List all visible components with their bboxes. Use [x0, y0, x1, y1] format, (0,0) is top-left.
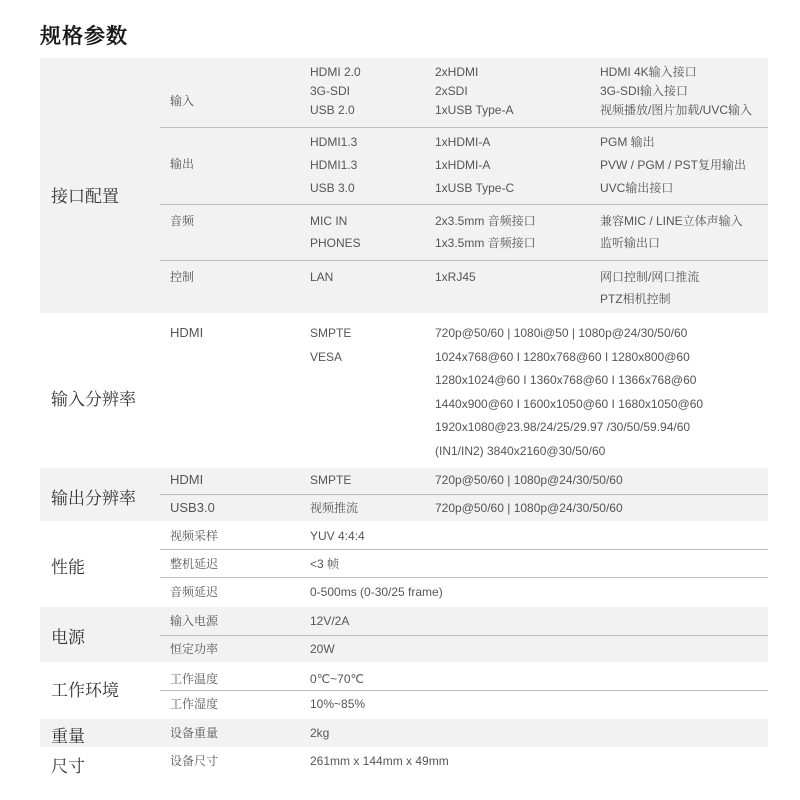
row-label: 输出: [170, 153, 194, 175]
table-row: HDMI SMPTE VESA 720p@50/60 | 1080i@50 | …: [160, 313, 768, 468]
category-label: 接口配置: [51, 182, 119, 207]
page-title: 规格参数: [40, 20, 128, 50]
section-size: 尺寸 设备尺寸 261mm x 144mm x 49mm: [40, 747, 768, 777]
resolution: 720p@50/60 | 1080p@24/30/50/60: [435, 469, 623, 491]
table-row-audio: 音频 MIC IN PHONES 2x3.5mm 音频接口 1x3.5mm 音频…: [160, 205, 768, 261]
standard: SMPTE: [310, 469, 351, 491]
resolution: 1440x900@60 I 1600x1050@60 I 1680x1050@6…: [435, 393, 703, 417]
category-label: 输出分辨率: [51, 484, 136, 509]
resolution: (IN1/IN2) 3840x2160@30/50/60: [435, 440, 703, 464]
port: USB3.0: [170, 497, 215, 519]
row-label: 输入: [170, 90, 194, 112]
resolution: 1280x1024@60 I 1360x768@60 I 1366x768@60: [435, 369, 703, 393]
category-label: 输入分辨率: [51, 385, 136, 410]
port: 1xUSB Type-A: [435, 101, 513, 120]
section-environment: 工作环境 工作温度 0℃~70℃ 工作湿度 10%~85%: [40, 662, 768, 719]
row-label: 工作湿度: [170, 693, 218, 715]
port: 1x3.5mm 音频接口: [435, 232, 536, 254]
resolution: 1024x768@60 I 1280x768@60 I 1280x800@60: [435, 346, 703, 370]
section-weight: 重量 设备重量 2kg: [40, 719, 768, 747]
desc: PVW / PGM / PST复用输出: [600, 154, 746, 177]
resolution: 720p@50/60 | 1080p@24/30/50/60: [435, 497, 623, 519]
type: HDMI1.3: [310, 154, 357, 177]
port: 1xUSB Type-C: [435, 177, 514, 200]
desc: 网口控制/网口推流: [600, 266, 699, 288]
table-row: 视频采样 YUV 4:4:4: [160, 521, 768, 550]
row-value: 20W: [310, 638, 335, 660]
row-value: 12V/2A: [310, 610, 349, 632]
table-row: 设备重量 2kg: [160, 719, 768, 747]
type: USB 2.0: [310, 101, 361, 120]
port: HDMI: [170, 469, 203, 491]
type: MIC IN: [310, 210, 361, 232]
row-label: 输入电源: [170, 610, 218, 632]
desc: 兼容MIC / LINE立体声输入: [600, 210, 743, 232]
type: HDMI1.3: [310, 131, 357, 154]
row-label: 恒定功率: [170, 638, 218, 660]
port-list: 2x3.5mm 音频接口 1x3.5mm 音频接口: [435, 210, 536, 254]
type-list: MIC IN PHONES: [310, 210, 361, 254]
table-row: 输入电源 12V/2A: [160, 607, 768, 636]
desc: 3G-SDI输入接口: [600, 82, 752, 101]
type-list: HDMI1.3 HDMI1.3 USB 3.0: [310, 131, 357, 200]
desc: PTZ相机控制: [600, 288, 699, 310]
type-list: HDMI 2.0 3G-SDI USB 2.0: [310, 63, 361, 120]
standard: 视频推流: [310, 497, 358, 519]
row-label: 整机延迟: [170, 553, 218, 575]
port: 1xHDMI-A: [435, 154, 514, 177]
row-value: 2kg: [310, 722, 329, 744]
type: LAN: [310, 266, 333, 288]
desc: 视频播放/图片加载/UVC输入: [600, 101, 752, 120]
row-value: YUV 4:4:4: [310, 525, 365, 547]
type: USB 3.0: [310, 177, 357, 200]
category-label: 性能: [51, 553, 85, 578]
table-row: 工作湿度 10%~85%: [160, 691, 768, 719]
table-row: 音频延迟 0-500ms (0-30/25 frame): [160, 578, 768, 607]
desc: UVC输出接口: [600, 177, 746, 200]
row-label: 控制: [170, 266, 194, 288]
port: 2x3.5mm 音频接口: [435, 210, 536, 232]
port: HDMI: [170, 322, 203, 344]
row-value: 0℃~70℃: [310, 668, 364, 690]
port-list: 1xHDMI-A 1xHDMI-A 1xUSB Type-C: [435, 131, 514, 200]
type: HDMI 2.0: [310, 63, 361, 82]
desc-list: 网口控制/网口推流 PTZ相机控制: [600, 266, 699, 310]
table-row-input: 输入 HDMI 2.0 3G-SDI USB 2.0 2xHDMI 2xSDI …: [160, 58, 768, 128]
category-label: 工作环境: [51, 676, 119, 701]
desc-list: 兼容MIC / LINE立体声输入 监听输出口: [600, 210, 743, 254]
table-row: 恒定功率 20W: [160, 636, 768, 662]
resolution-list: 720p@50/60 | 1080i@50 | 1080p@24/30/50/6…: [435, 322, 703, 463]
table-row: 整机延迟 <3 帧: [160, 550, 768, 578]
category-label: 尺寸: [51, 752, 85, 777]
desc: PGM 输出: [600, 131, 746, 154]
standard-list: SMPTE VESA: [310, 322, 351, 369]
table-row: HDMI SMPTE 720p@50/60 | 1080p@24/30/50/6…: [160, 468, 768, 495]
section-power: 电源 输入电源 12V/2A 恒定功率 20W: [40, 607, 768, 662]
port: 1xHDMI-A: [435, 131, 514, 154]
row-label: 音频: [170, 210, 194, 232]
type: PHONES: [310, 232, 361, 254]
row-label: 工作温度: [170, 668, 218, 690]
port: 1xRJ45: [435, 266, 476, 288]
row-value: 10%~85%: [310, 693, 365, 715]
section-performance: 性能 视频采样 YUV 4:4:4 整机延迟 <3 帧 音频延迟 0-500ms…: [40, 521, 768, 607]
row-label: 视频采样: [170, 525, 218, 547]
row-value: 0-500ms (0-30/25 frame): [310, 581, 443, 603]
desc-list: HDMI 4K输入接口 3G-SDI输入接口 视频播放/图片加载/UVC输入: [600, 63, 752, 120]
row-label: 音频延迟: [170, 581, 218, 603]
desc: 监听输出口: [600, 232, 743, 254]
standard: VESA: [310, 346, 351, 370]
section-input-resolution: 输入分辨率 HDMI SMPTE VESA 720p@50/60 | 1080i…: [40, 313, 768, 468]
port: 2xHDMI: [435, 63, 513, 82]
standard: SMPTE: [310, 322, 351, 346]
row-label: 设备尺寸: [170, 750, 218, 772]
row-value: 261mm x 144mm x 49mm: [310, 750, 449, 772]
table-row-control: 控制 LAN 1xRJ45 网口控制/网口推流 PTZ相机控制: [160, 261, 768, 313]
desc: HDMI 4K输入接口: [600, 63, 752, 82]
resolution: 720p@50/60 | 1080i@50 | 1080p@24/30/50/6…: [435, 322, 703, 346]
table-row-output: 输出 HDMI1.3 HDMI1.3 USB 3.0 1xHDMI-A 1xHD…: [160, 128, 768, 205]
section-interface: 接口配置 输入 HDMI 2.0 3G-SDI USB 2.0 2xHDMI 2…: [40, 58, 768, 313]
table-row: 工作温度 0℃~70℃: [160, 662, 768, 691]
type: 3G-SDI: [310, 82, 361, 101]
row-label: 设备重量: [170, 722, 218, 744]
desc-list: PGM 输出 PVW / PGM / PST复用输出 UVC输出接口: [600, 131, 746, 200]
category-label: 电源: [51, 623, 85, 648]
row-value: <3 帧: [310, 553, 339, 575]
table-row: 设备尺寸 261mm x 144mm x 49mm: [160, 747, 768, 777]
table-row: USB3.0 视频推流 720p@50/60 | 1080p@24/30/50/…: [160, 495, 768, 521]
section-output-resolution: 输出分辨率 HDMI SMPTE 720p@50/60 | 1080p@24/3…: [40, 468, 768, 521]
port: 2xSDI: [435, 82, 513, 101]
port-list: 2xHDMI 2xSDI 1xUSB Type-A: [435, 63, 513, 120]
category-label: 重量: [51, 722, 85, 747]
resolution: 1920x1080@23.98/24/25/29.97 /30/50/59.94…: [435, 416, 703, 440]
